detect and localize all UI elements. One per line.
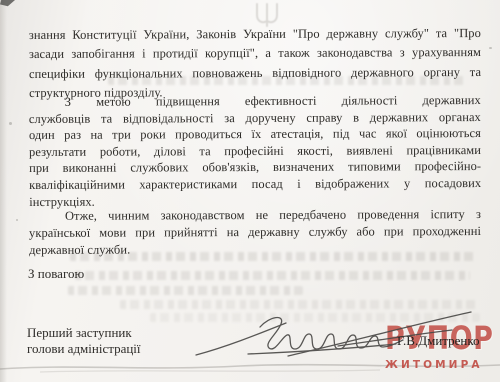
text-line: один раз на три роки проводиться їх атес… [29,125,481,144]
scan-edge-shadow [0,0,7,382]
scanned-letter: знання Конституції України, Законів Укра… [0,0,500,382]
signer-position-line1: Перший заступник [27,325,141,341]
text-line: державної служби. [29,240,481,259]
text-line: специфіки функціональних повноважень від… [29,63,481,84]
scan-speck [489,47,492,49]
bleedthrough-text [75,271,470,280]
text-line: З метою підвищення ефективності діяльнос… [29,92,481,111]
signer-position: Перший заступник голови адміністрації [27,325,141,356]
text-line: службовців та відповідальності за доруче… [29,109,481,128]
closing-salutation: З повагою [28,266,84,282]
text-line: кваліфікаційними характеристиками посад … [29,175,481,194]
text-line: засади запобігання і протидії корупції",… [29,43,481,64]
signer-position-line2: голови адміністрації [27,341,141,357]
text-line: знання Конституції України, Законів Укра… [29,24,481,45]
text-line: Отже, чинним законодавством не передбаче… [29,206,481,225]
text-line: при виконанні службових обов'язків, визн… [29,158,481,177]
signer-name: Г.В.Дмитренко [397,333,480,349]
paragraph-1: знання Конституції України, Законів Укра… [29,24,481,103]
scan-speck [16,219,18,221]
scan-speck [9,122,12,125]
paragraph-3: Отже, чинним законодавством не передбаче… [29,206,481,259]
text-line: української мови при прийнятті на держав… [29,223,481,242]
bleedthrough-text [68,286,303,295]
text-line: результати роботи, ділові та професійні … [29,142,481,161]
paragraph-2: З метою підвищення ефективності діяльнос… [29,92,482,210]
